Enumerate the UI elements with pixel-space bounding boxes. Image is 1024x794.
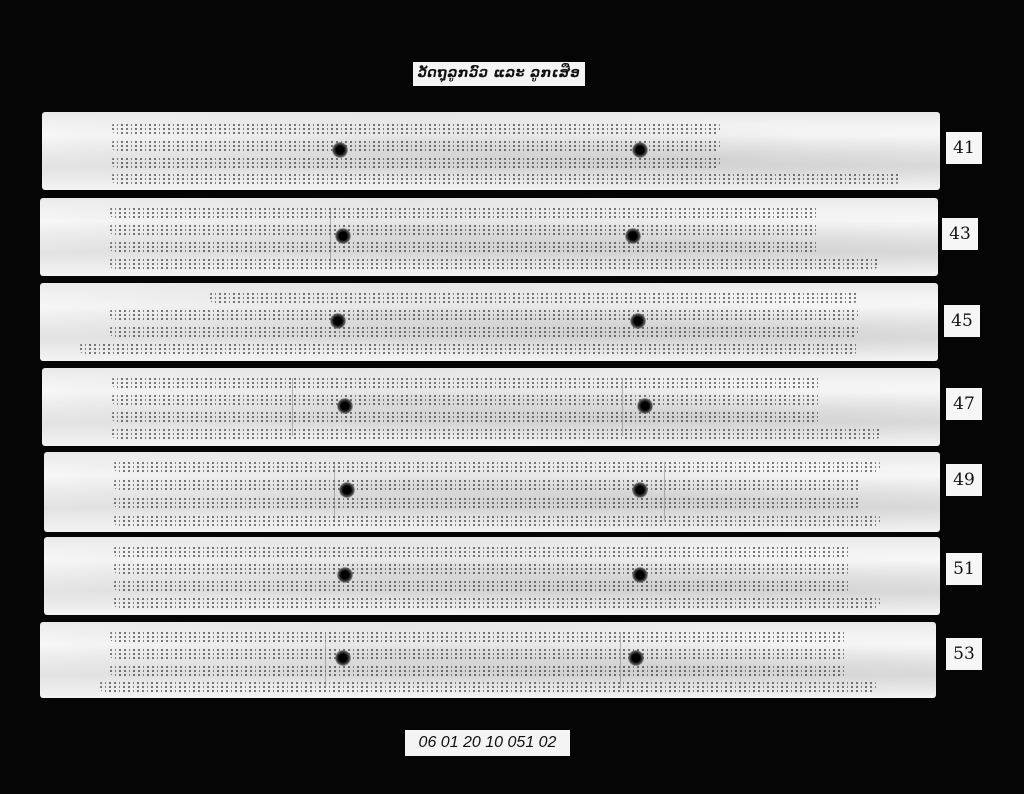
script-line [114, 460, 880, 472]
binding-hole [332, 142, 348, 158]
script-line [80, 342, 858, 354]
binding-hole [628, 650, 644, 666]
page-number-label: 43 [942, 218, 978, 250]
script-line [114, 545, 850, 557]
script-line [114, 579, 850, 591]
binding-hole [632, 567, 648, 583]
page-number-label: 49 [946, 464, 982, 496]
manuscript-leaf-41 [42, 112, 940, 190]
binding-hole [632, 482, 648, 498]
catalog-id-label: 06 01 20 10 051 02 [405, 730, 570, 756]
script-line [112, 156, 720, 168]
page-number-label: 53 [946, 638, 982, 670]
binding-hole [330, 313, 346, 329]
manuscript-leaf-49 [44, 452, 940, 532]
script-line [110, 240, 818, 252]
script-line [110, 325, 858, 337]
binding-hole [625, 228, 641, 244]
page-number-label: 47 [946, 388, 982, 420]
manuscript-leaf-53 [40, 622, 936, 698]
binding-hole [335, 650, 351, 666]
script-line [210, 291, 858, 303]
script-line [112, 427, 880, 439]
script-line [114, 478, 860, 490]
script-line [114, 514, 880, 526]
script-line [100, 680, 876, 692]
manuscript-leaf-47 [42, 368, 940, 446]
page-number-label: 41 [946, 132, 982, 164]
binding-hole [630, 313, 646, 329]
binding-hole [335, 228, 351, 244]
manuscript-leaf-51 [44, 537, 940, 615]
script-line [110, 257, 878, 269]
manuscript-title-label: ວັດຖຸລູກວົວ ແລະ ລູກເສືອ [413, 62, 585, 86]
binding-hole [637, 398, 653, 414]
script-line [112, 410, 820, 422]
script-line [110, 223, 818, 235]
script-line [112, 122, 720, 134]
script-line [110, 308, 858, 320]
script-line [112, 393, 820, 405]
script-line [112, 139, 720, 151]
binding-hole [337, 567, 353, 583]
script-line [110, 206, 818, 218]
binding-hole [632, 142, 648, 158]
manuscript-leaf-43 [40, 198, 938, 276]
script-line [110, 664, 846, 676]
script-line [114, 496, 860, 508]
binding-hole [337, 398, 353, 414]
script-line [114, 596, 880, 608]
script-line [112, 376, 820, 388]
script-line [112, 172, 900, 184]
script-line [110, 630, 846, 642]
binding-hole [339, 482, 355, 498]
script-line [110, 647, 846, 659]
manuscript-leaf-45 [40, 283, 938, 361]
script-line [114, 562, 850, 574]
page-number-label: 45 [944, 305, 980, 337]
page-number-label: 51 [946, 553, 982, 585]
